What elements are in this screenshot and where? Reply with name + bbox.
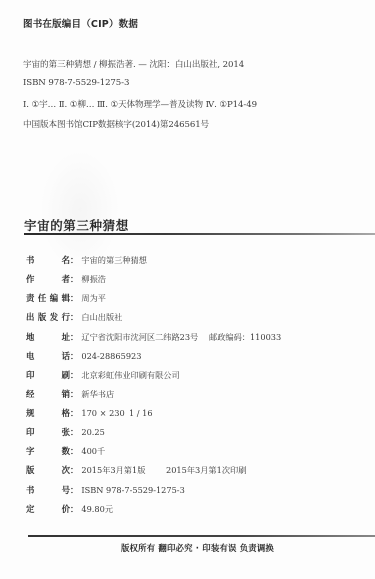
cip-isbn-line: ISBN 978-7-5529-1275-3 (23, 78, 129, 88)
info-value: 024-28865923 (81, 351, 141, 361)
footer-divider (28, 535, 375, 537)
cip-classification-line: Ⅰ. ①宇… Ⅱ. ①柳… Ⅲ. ①天体物理学—普及读物 Ⅳ. ①P14-49 (23, 98, 257, 110)
info-row-author: 作 者 ： 柳振浩 (26, 272, 106, 286)
info-label: 规 格 (26, 407, 70, 419)
info-value: 周为平 (81, 293, 106, 304)
paper-texture (40, 150, 120, 270)
info-label: 书 名 (26, 254, 70, 266)
cip-heading: 图书在版编目（CIP）数据 (23, 16, 138, 30)
postal-code: 邮政编码：110033 (209, 332, 281, 343)
info-label: 印 刷 (26, 369, 70, 381)
info-row-isbn: 书 号 ： ISBN 978-7-5529-1275-3 (26, 483, 185, 497)
info-value: 49.80元 (81, 504, 113, 515)
print-run: 2015年3月第1次印刷 (166, 465, 246, 476)
info-label: 地 址 (26, 331, 70, 343)
info-row-distributor: 经 销 ： 新华书店 (26, 387, 114, 401)
book-title: 宇宙的第三种猜想 (24, 216, 129, 234)
cip-title-line: 宇宙的第三种猜想 / 柳振浩著. — 沈阳：白山出版社, 2014 (23, 58, 244, 70)
info-label: 印 张 (26, 426, 70, 438)
info-label: 定 价 (26, 503, 70, 515)
info-label: 出 版 发 行 (26, 311, 70, 323)
info-row-format: 规 格 ： 170 × 230 1 / 16 (26, 406, 375, 420)
info-value: 20.25 (81, 427, 104, 437)
info-row-phone: 电 话 ： 024-28865923 (26, 349, 141, 363)
info-value: 柳振浩 (81, 274, 106, 285)
info-value: 400千 (81, 446, 105, 457)
info-value: 170 × 230 (81, 408, 124, 418)
info-value: 辽宁省沈阳市沈河区二纬路23号 (81, 332, 198, 343)
info-row-publisher: 出 版 发 行 ： 白山出版社 (26, 310, 122, 324)
info-label: 书 号 (26, 484, 70, 496)
info-row-title: 书 名 ： 宇宙的第三种猜想 (26, 253, 147, 267)
info-label: 版 次 (26, 464, 70, 476)
info-value: 北京彩虹伟业印刷有限公司 (81, 370, 179, 381)
info-row-printer: 印 刷 ： 北京彩虹伟业印刷有限公司 (26, 368, 180, 382)
info-value: 宇宙的第三种猜想 (81, 255, 147, 266)
format-fold: 1 / 16 (129, 408, 153, 418)
info-label: 字 数 (26, 445, 70, 457)
info-value: ISBN 978-7-5529-1275-3 (81, 485, 184, 495)
info-label: 作 者 (26, 273, 70, 285)
info-row-price: 定 价 ： 49.80元 (26, 502, 113, 516)
info-value: 白山出版社 (81, 312, 122, 323)
info-row-word-count: 字 数 ： 400千 (26, 444, 105, 458)
title-divider (24, 233, 375, 235)
info-label: 责 任 编 辑 (26, 292, 70, 304)
copyright-notice: 版权所有 翻印必究 · 印装有误 负责调换 (0, 542, 375, 554)
info-row-edition: 版 次 ： 2015年3月第1版 2015年3月第1次印刷 (26, 463, 375, 477)
copyright-page: 图书在版编目（CIP）数据 宇宙的第三种猜想 / 柳振浩著. — 沈阳：白山出版… (0, 0, 375, 579)
cip-record-number-line: 中国版本图书馆CIP数据核字(2014)第246561号 (23, 118, 209, 130)
info-value: 新华书店 (81, 389, 114, 400)
info-row-editor: 责 任 编 辑 ： 周为平 (26, 291, 106, 305)
info-label: 经 销 (26, 388, 70, 400)
info-value: 2015年3月第1版 (81, 465, 145, 476)
info-row-sheets: 印 张 ： 20.25 (26, 425, 105, 439)
info-row-address: 地 址 ： 辽宁省沈阳市沈河区二纬路23号 邮政编码：110033 (26, 330, 375, 344)
info-label: 电 话 (26, 350, 70, 362)
